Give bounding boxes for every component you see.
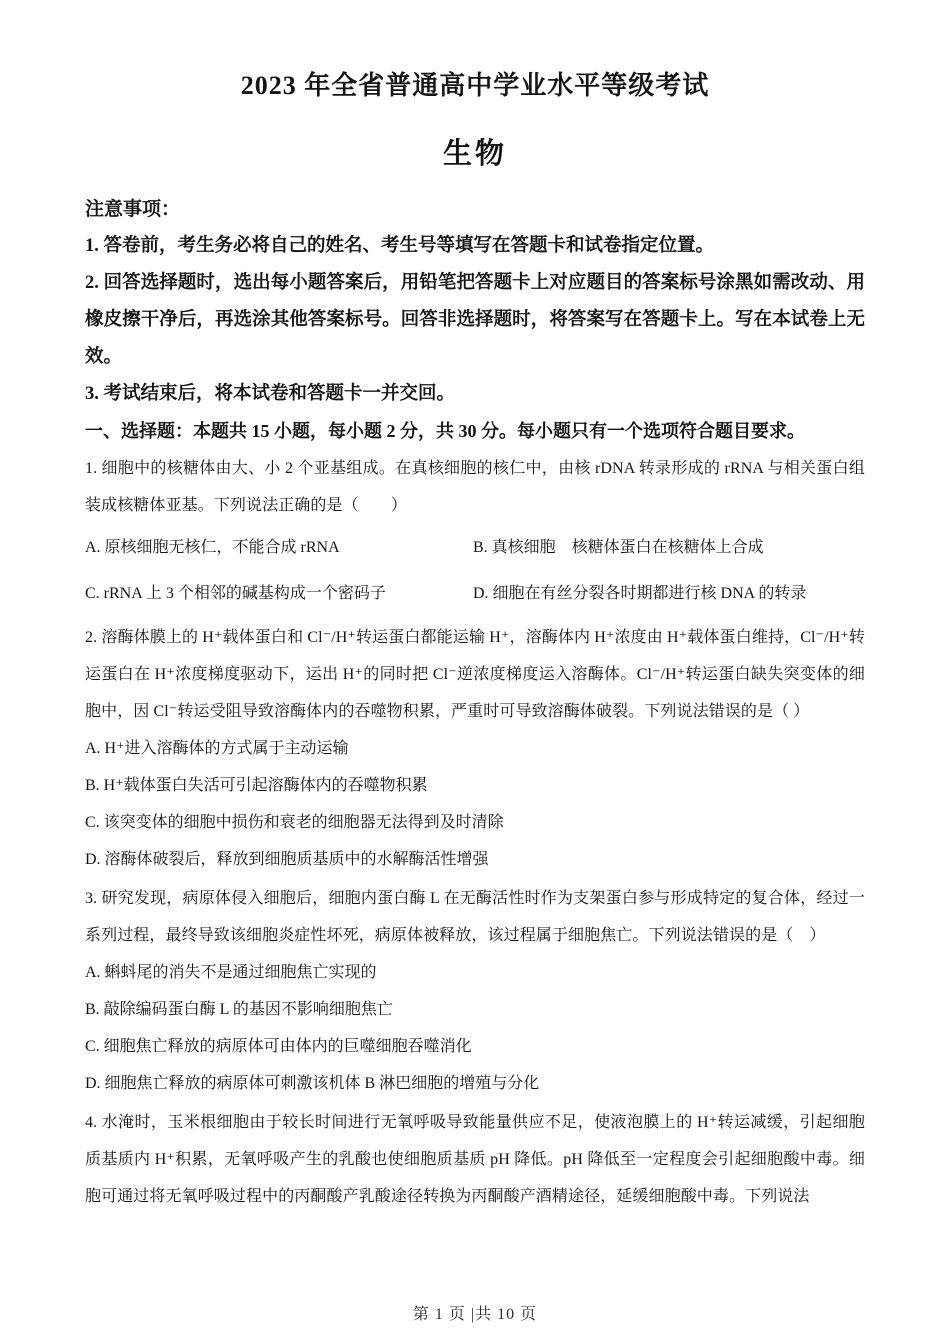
question-3-option-d: D. 细胞焦亡释放的病原体可刺激该机体 B 淋巴细胞的增殖与分化 xyxy=(85,1065,865,1102)
notice-item-1: 1. 答卷前，考生务必将自己的姓名、考生号等填写在答题卡和试卷指定位置。 xyxy=(85,228,865,265)
question-1-option-b: B. 真核细胞 核糖体蛋白在核糖体上合成 xyxy=(473,529,865,566)
subject-title: 生物 xyxy=(85,136,865,174)
notice-item-3: 3. 考试结束后，将本试卷和答题卡一并交回。 xyxy=(85,376,865,413)
question-2-option-a: A. H⁺进入溶酶体的方式属于主动运输 xyxy=(85,730,865,767)
question-1-option-a: A. 原核细胞无核仁，不能合成 rRNA xyxy=(85,529,473,566)
page-footer: 第 1 页 |共 10 页 xyxy=(0,1301,950,1324)
notice-item-2: 2. 回答选择题时，选出每小题答案后，用铅笔把答题卡上对应题目的答案标号涂黑如需… xyxy=(85,265,865,376)
exam-page: 2023 年全省普通高中学业水平等级考试 生物 注意事项： 1. 答卷前，考生务… xyxy=(0,0,950,1344)
question-3-stem: 3. 研究发现，病原体侵入细胞后，细胞内蛋白酶 L 在无酶活性时作为支架蛋白参与… xyxy=(85,880,865,954)
question-3-options: A. 蝌蚪尾的消失不是通过细胞焦亡实现的 B. 敲除编码蛋白酶 L 的基因不影响… xyxy=(85,954,865,1102)
question-4-stem: 4. 水淹时，玉米根细胞由于较长时间进行无氧呼吸导致能量供应不足，使液泡膜上的 … xyxy=(85,1104,865,1215)
question-1-stem: 1. 细胞中的核糖体由大、小 2 个亚基组成。在真核细胞的核仁中，由核 rDNA… xyxy=(85,450,865,524)
page-content: 2023 年全省普通高中学业水平等级考试 生物 注意事项： 1. 答卷前，考生务… xyxy=(0,0,950,1215)
question-2-options: A. H⁺进入溶酶体的方式属于主动运输 B. H⁺载体蛋白失活可引起溶酶体内的吞… xyxy=(85,730,865,878)
section-one-heading: 一、选择题：本题共 15 小题，每小题 2 分，共 30 分。每小题只有一个选项… xyxy=(85,413,865,450)
question-3-option-b: B. 敲除编码蛋白酶 L 的基因不影响细胞焦亡 xyxy=(85,991,865,1028)
question-3-option-a: A. 蝌蚪尾的消失不是通过细胞焦亡实现的 xyxy=(85,954,865,991)
question-1-option-c: C. rRNA 上 3 个相邻的碱基构成一个密码子 xyxy=(85,575,473,612)
question-1-option-d: D. 细胞在有丝分裂各时期都进行核 DNA 的转录 xyxy=(473,575,865,612)
notice-heading: 注意事项： xyxy=(85,191,865,228)
question-2-stem: 2. 溶酶体膜上的 H⁺载体蛋白和 Cl⁻/H⁺转运蛋白都能运输 H⁺，溶酶体内… xyxy=(85,619,865,730)
question-2-option-d: D. 溶酶体破裂后，释放到细胞质基质中的水解酶活性增强 xyxy=(85,841,865,878)
page-title: 2023 年全省普通高中学业水平等级考试 xyxy=(85,68,865,103)
question-2-option-b: B. H⁺载体蛋白失活可引起溶酶体内的吞噬物积累 xyxy=(85,767,865,804)
question-2-option-c: C. 该突变体的细胞中损伤和衰老的细胞器无法得到及时清除 xyxy=(85,804,865,841)
question-1-options: A. 原核细胞无核仁，不能合成 rRNA B. 真核细胞 核糖体蛋白在核糖体上合… xyxy=(85,529,865,612)
question-3-option-c: C. 细胞焦亡释放的病原体可由体内的巨噬细胞吞噬消化 xyxy=(85,1028,865,1065)
